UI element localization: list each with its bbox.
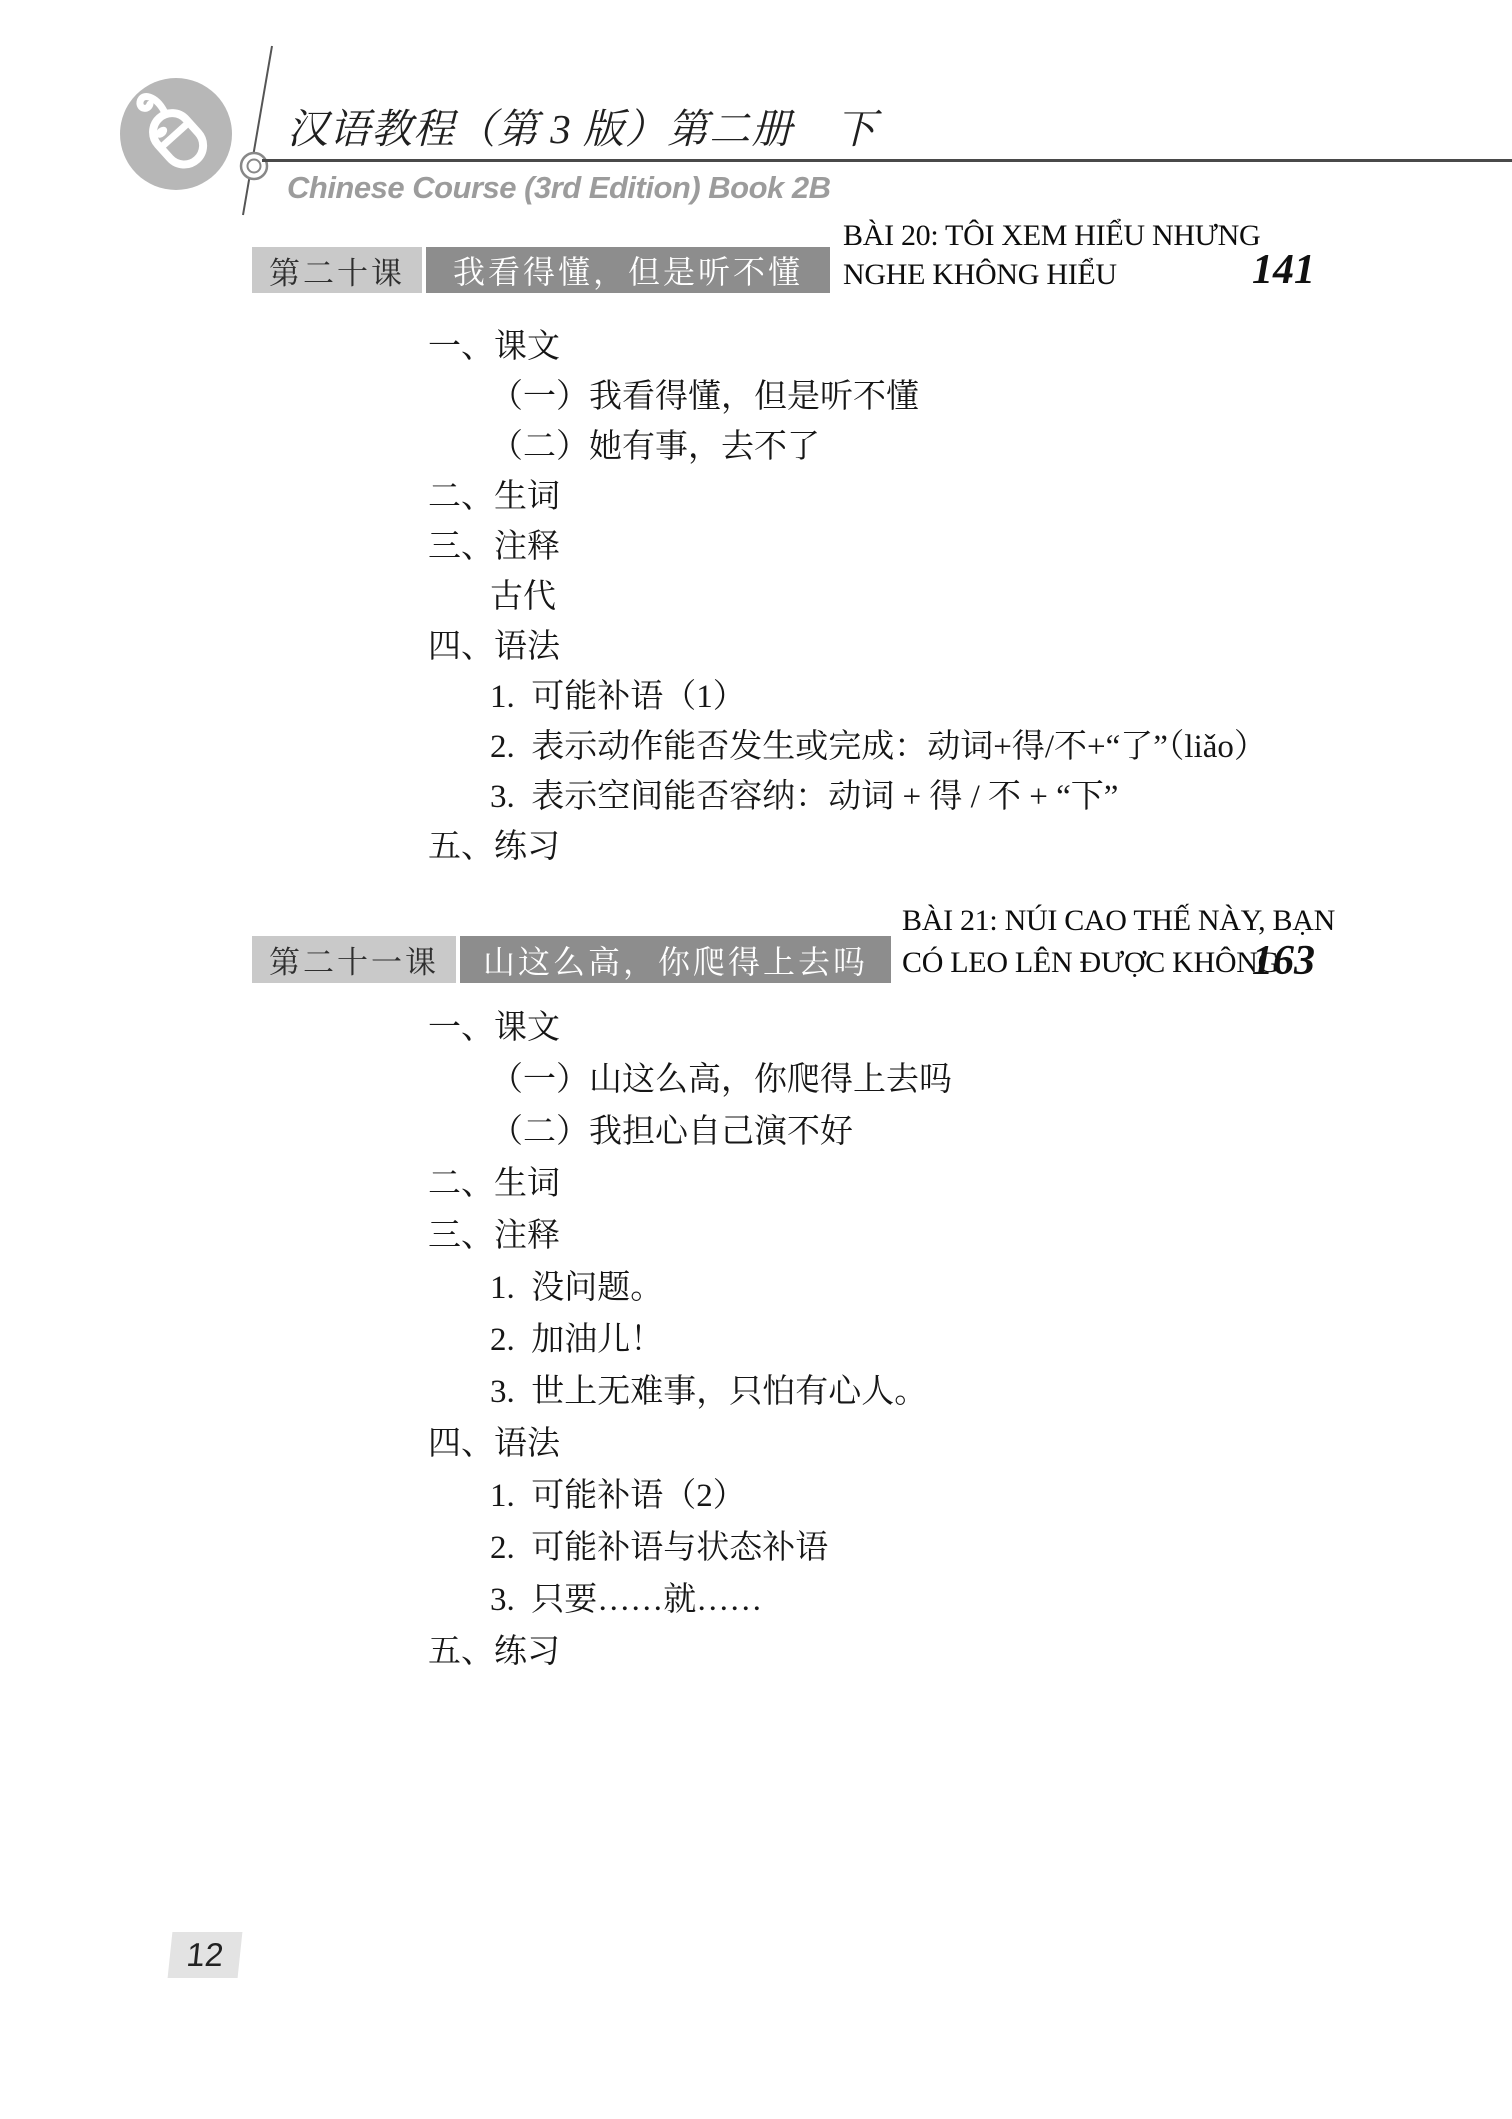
toc-item: 2. 可能补语与状态补语	[0, 1522, 1512, 1574]
toc-page: 汉语教程（第 3 版）第二册 下 Chinese Course (3rd Edi…	[0, 0, 1512, 2119]
toc-item: 2. 加油儿！	[0, 1314, 1512, 1366]
lesson-20-title-box: 我看得懂，但是听不懂	[426, 247, 830, 293]
lesson-21-vietnamese-line2: CÓ LEO LÊN ĐƯỢC KHÔNG	[902, 946, 1279, 980]
toc-item: 3. 世上无难事，只怕有心人。	[0, 1366, 1512, 1418]
book-logo	[120, 78, 232, 190]
lesson-21-title-box: 山这么高，你爬得上去吗	[460, 936, 891, 983]
toc-item: （一）山这么高，你爬得上去吗	[0, 1054, 1512, 1106]
toc-item: 五、练习	[0, 822, 1512, 872]
toc-item: 四、语法	[0, 1418, 1512, 1470]
lesson-21-number-box: 第二十一课	[252, 936, 456, 983]
lesson-20-vietnamese-line2: NGHE KHÔNG HIỂU	[843, 258, 1117, 292]
lesson-21-toc-list: 一、课文 （一）山这么高，你爬得上去吗 （二）我担心自己演不好 二、生词 三、注…	[0, 1002, 1512, 1678]
toc-item: 1. 可能补语（2）	[0, 1470, 1512, 1522]
book-title-english: Chinese Course (3rd Edition) Book 2B	[287, 170, 831, 206]
toc-item: 古代	[0, 572, 1512, 622]
header-rule	[262, 159, 1512, 162]
toc-item: （一）我看得懂，但是听不懂	[0, 372, 1512, 422]
toc-item: 3. 只要……就……	[0, 1574, 1512, 1626]
lesson-20-vietnamese-line1: BÀI 20: TÔI XEM HIỂU NHƯNG	[843, 219, 1260, 253]
toc-item: 二、生词	[0, 472, 1512, 522]
toc-item: 三、注释	[0, 522, 1512, 572]
mouse-icon	[120, 78, 232, 190]
toc-item: 二、生词	[0, 1158, 1512, 1210]
toc-item: 1. 没问题。	[0, 1262, 1512, 1314]
page-number-box: 12	[168, 1932, 243, 1978]
toc-item: （二）我担心自己演不好	[0, 1106, 1512, 1158]
toc-item: 3. 表示空间能否容纳：动词 + 得 / 不 + “下”	[0, 772, 1512, 822]
lesson-21-vietnamese-line1: BÀI 21: NÚI CAO THẾ NÀY, BẠN	[902, 904, 1335, 938]
book-title-chinese: 汉语教程（第 3 版）第二册 下	[287, 96, 877, 155]
lesson-20-toc-list: 一、课文 （一）我看得懂，但是听不懂 （二）她有事，去不了 二、生词 三、注释 …	[0, 322, 1512, 872]
lesson-20-page-number: 141	[1252, 246, 1315, 294]
toc-item: 2. 表示动作能否发生或完成：动词+得/不+“了”（liǎo）	[0, 722, 1512, 772]
toc-item: 1. 可能补语（1）	[0, 672, 1512, 722]
toc-item: 五、练习	[0, 1626, 1512, 1678]
lesson-20-number-box: 第二十课	[252, 247, 422, 293]
toc-item: 四、语法	[0, 622, 1512, 672]
page-number: 12	[185, 1936, 226, 1974]
toc-item: 一、课文	[0, 1002, 1512, 1054]
toc-item: （二）她有事，去不了	[0, 422, 1512, 472]
toc-item: 三、注释	[0, 1210, 1512, 1262]
ring-ornament	[226, 40, 290, 230]
lesson-21-page-number: 163	[1252, 937, 1315, 985]
toc-item: 一、课文	[0, 322, 1512, 372]
